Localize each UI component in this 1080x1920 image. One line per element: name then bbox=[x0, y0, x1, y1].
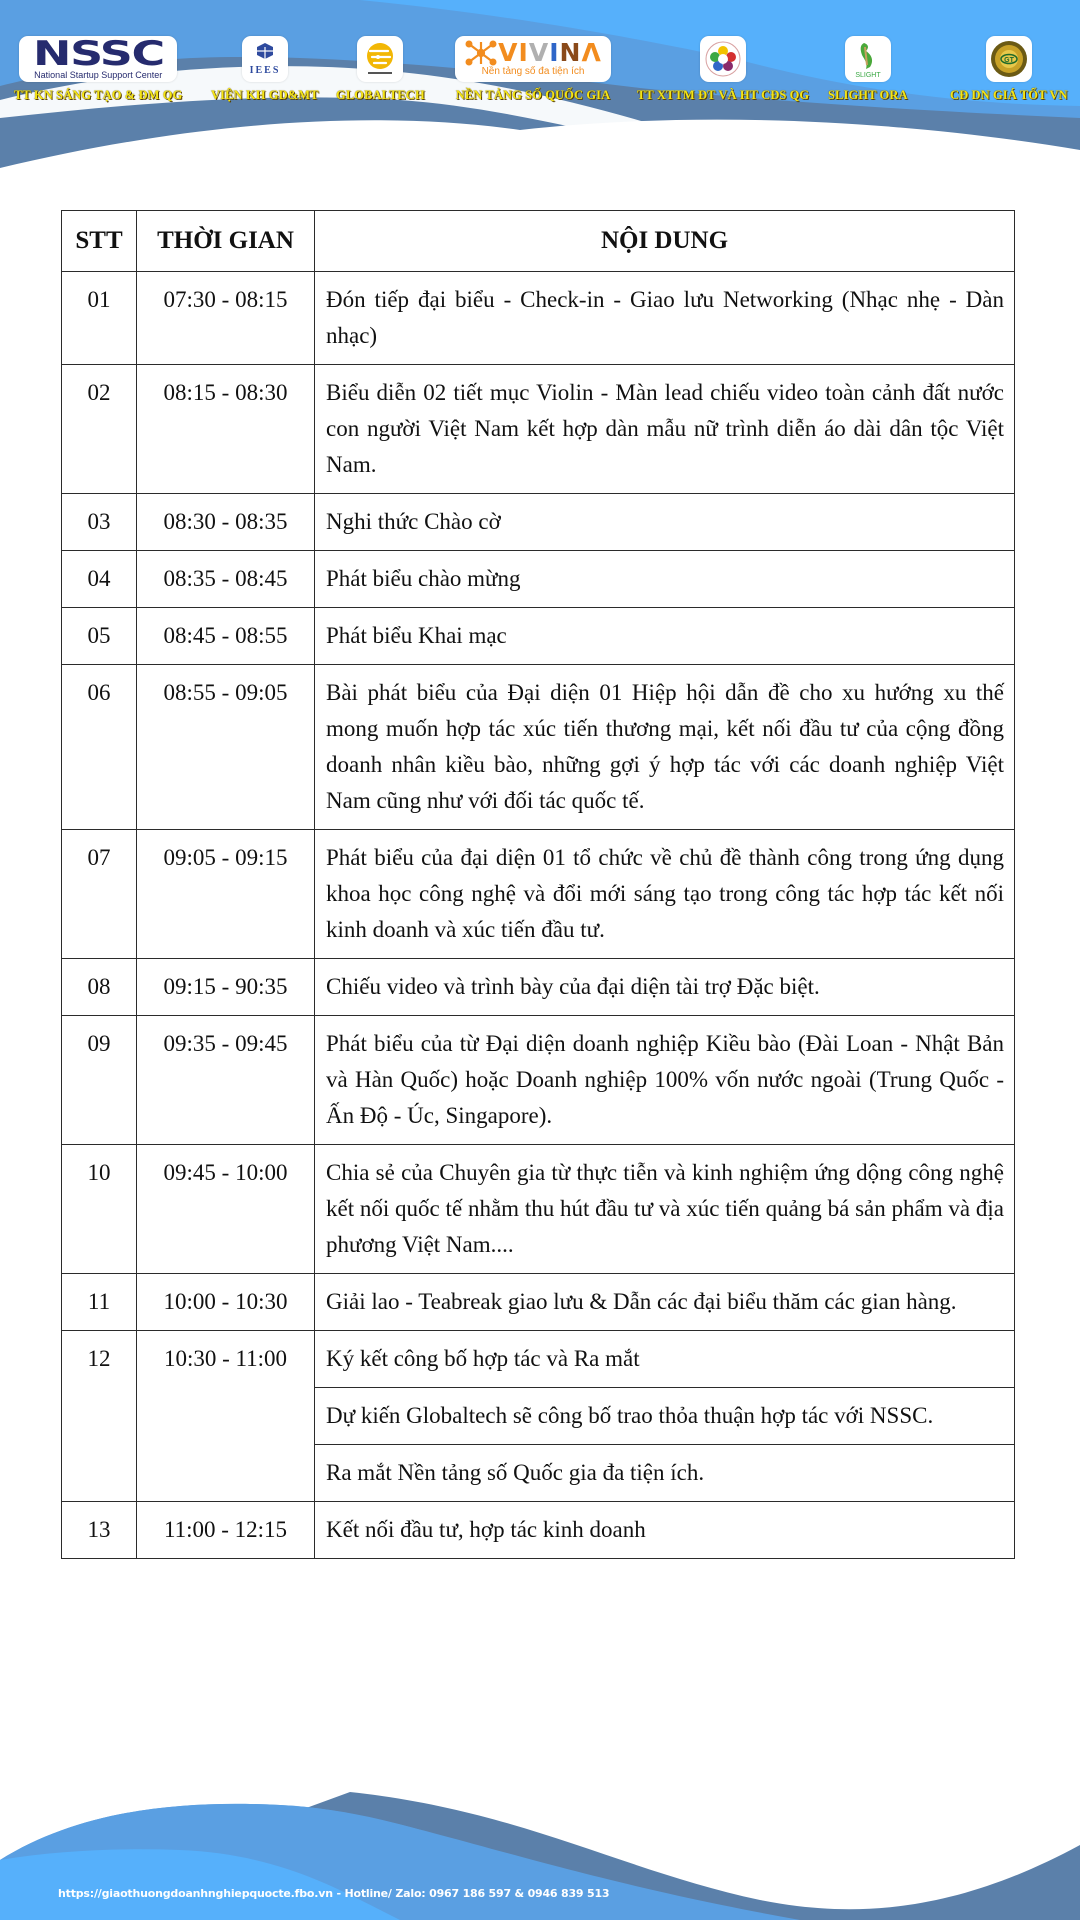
cell-time: 08:35 - 08:45 bbox=[137, 551, 315, 608]
logo-vivina: VIVINΛ Nền tảng số đa tiện ích NỀN TẢNG … bbox=[455, 36, 611, 103]
cell-time: 08:30 - 08:35 bbox=[137, 494, 315, 551]
header-stt: STT bbox=[62, 211, 137, 272]
cell-content: Chia sẻ của Chuyên gia từ thực tiễn và k… bbox=[315, 1145, 1015, 1274]
table-row: 1009:45 - 10:00Chia sẻ của Chuyên gia từ… bbox=[62, 1145, 1015, 1274]
cell-content: Phát biểu của từ Đại diện doanh nghiệp K… bbox=[315, 1016, 1015, 1145]
cell-stt: 10 bbox=[62, 1145, 137, 1274]
cell-content: Phát biểu chào mừng bbox=[315, 551, 1015, 608]
logo-iees: IEES VIỆN KH GD&MT bbox=[211, 36, 319, 103]
logo-caption: VIỆN KH GD&MT bbox=[211, 88, 319, 103]
cell-time: 08:15 - 08:30 bbox=[137, 365, 315, 494]
footer-contact-text: https://giaothuongdoanhnghiepquocte.fbo.… bbox=[58, 1887, 609, 1900]
cell-content: Ký kết công bố hợp tác và Ra mắt bbox=[315, 1331, 1015, 1388]
cell-time: 09:05 - 09:15 bbox=[137, 830, 315, 959]
cell-time: 10:00 - 10:30 bbox=[137, 1274, 315, 1331]
cell-content: Biểu diễn 02 tiết mục Violin - Màn lead … bbox=[315, 365, 1015, 494]
cell-stt: 01 bbox=[62, 272, 137, 365]
slight-logo-icon: SLIGHT bbox=[845, 36, 891, 82]
logo-caption: SLIGHT ORA bbox=[828, 88, 908, 103]
cell-time: 09:45 - 10:00 bbox=[137, 1145, 315, 1274]
table-row: 1210:30 - 11:00Ký kết công bố hợp tác và… bbox=[62, 1331, 1015, 1388]
table-row: 0508:45 - 08:55Phát biểu Khai mạc bbox=[62, 608, 1015, 665]
cell-time: 07:30 - 08:15 bbox=[137, 272, 315, 365]
partner-logos-bar: NSSC National Startup Support Center TT … bbox=[0, 0, 1080, 120]
cell-stt: 09 bbox=[62, 1016, 137, 1145]
agenda-table: STT THỜI GIAN NỘI DUNG 0107:30 - 08:15Đó… bbox=[61, 210, 1015, 1559]
table-row: 1311:00 - 12:15Kết nối đầu tư, hợp tác k… bbox=[62, 1502, 1015, 1559]
table-row: 0909:35 - 09:45Phát biểu của từ Đại diện… bbox=[62, 1016, 1015, 1145]
table-row: 0208:15 - 08:30Biểu diễn 02 tiết mục Vio… bbox=[62, 365, 1015, 494]
cell-content: Chiếu video và trình bày của đại diện tà… bbox=[315, 959, 1015, 1016]
header-content: NỘI DUNG bbox=[315, 211, 1015, 272]
cell-time: 09:35 - 09:45 bbox=[137, 1016, 315, 1145]
globaltech-logo-icon bbox=[357, 36, 403, 82]
cell-stt: 07 bbox=[62, 830, 137, 959]
cell-content: Giải lao - Teabreak giao lưu & Dẫn các đ… bbox=[315, 1274, 1015, 1331]
table-header-row: STT THỜI GIAN NỘI DUNG bbox=[62, 211, 1015, 272]
svg-text:GT: GT bbox=[1004, 57, 1014, 64]
table-row: 0408:35 - 08:45Phát biểu chào mừng bbox=[62, 551, 1015, 608]
logo-nssc: NSSC National Startup Support Center TT … bbox=[14, 36, 182, 103]
table-row: 0608:55 - 09:05Bài phát biểu của Đại diệ… bbox=[62, 665, 1015, 830]
table-row: 1110:00 - 10:30Giải lao - Teabreak giao … bbox=[62, 1274, 1015, 1331]
logo-globaltech: GLOBALTECH bbox=[336, 36, 425, 103]
cell-stt: 12 bbox=[62, 1331, 137, 1502]
vivina-logo-icon: VIVINΛ Nền tảng số đa tiện ích bbox=[455, 36, 611, 82]
logo-caption: CĐ DN GIÁ TỐT VN bbox=[950, 88, 1068, 103]
xttm-flower-logo-icon bbox=[700, 36, 746, 82]
svg-text:SLIGHT: SLIGHT bbox=[855, 72, 881, 79]
cell-stt: 04 bbox=[62, 551, 137, 608]
iees-logo-icon: IEES bbox=[242, 36, 288, 82]
cell-stt: 13 bbox=[62, 1502, 137, 1559]
svg-text:IEES: IEES bbox=[249, 65, 280, 76]
logo-caption: TT KN SÁNG TẠO & ĐM QG bbox=[14, 88, 182, 103]
cell-time: 08:45 - 08:55 bbox=[137, 608, 315, 665]
logo-slight: SLIGHT SLIGHT ORA bbox=[828, 36, 908, 103]
cell-time: 08:55 - 09:05 bbox=[137, 665, 315, 830]
logo-gt: GT CĐ DN GIÁ TỐT VN bbox=[950, 36, 1068, 103]
cell-content: Bài phát biểu của Đại diện 01 Hiệp hội d… bbox=[315, 665, 1015, 830]
cell-time: 11:00 - 12:15 bbox=[137, 1502, 315, 1559]
cell-content: Kết nối đầu tư, hợp tác kinh doanh bbox=[315, 1502, 1015, 1559]
table-row: 0809:15 - 90:35Chiếu video và trình bày … bbox=[62, 959, 1015, 1016]
cell-content: Ra mắt Nền tảng số Quốc gia đa tiện ích. bbox=[315, 1445, 1015, 1502]
cell-stt: 03 bbox=[62, 494, 137, 551]
cell-time: 10:30 - 11:00 bbox=[137, 1331, 315, 1502]
logo-caption: GLOBALTECH bbox=[336, 88, 425, 103]
logo-xttm: TT XTTM ĐT VÀ HT CĐS QG bbox=[637, 36, 809, 103]
cell-content: Đón tiếp đại biểu - Check-in - Giao lưu … bbox=[315, 272, 1015, 365]
gt-seal-logo-icon: GT bbox=[986, 36, 1032, 82]
table-row: 0107:30 - 08:15Đón tiếp đại biểu - Check… bbox=[62, 272, 1015, 365]
cell-stt: 05 bbox=[62, 608, 137, 665]
cell-content: Dự kiến Globaltech sẽ công bố trao thỏa … bbox=[315, 1388, 1015, 1445]
header-time: THỜI GIAN bbox=[137, 211, 315, 272]
cell-stt: 02 bbox=[62, 365, 137, 494]
agenda-body: 0107:30 - 08:15Đón tiếp đại biểu - Check… bbox=[62, 272, 1015, 1559]
nssc-logo-icon: NSSC National Startup Support Center bbox=[19, 36, 177, 82]
cell-content: Phát biểu của đại diện 01 tổ chức về chủ… bbox=[315, 830, 1015, 959]
logo-caption: TT XTTM ĐT VÀ HT CĐS QG bbox=[637, 88, 809, 103]
table-row: 0308:30 - 08:35Nghi thức Chào cờ bbox=[62, 494, 1015, 551]
cell-content: Nghi thức Chào cờ bbox=[315, 494, 1015, 551]
cell-stt: 11 bbox=[62, 1274, 137, 1331]
cell-stt: 06 bbox=[62, 665, 137, 830]
cell-stt: 08 bbox=[62, 959, 137, 1016]
cell-time: 09:15 - 90:35 bbox=[137, 959, 315, 1016]
table-row: 0709:05 - 09:15Phát biểu của đại diện 01… bbox=[62, 830, 1015, 959]
logo-caption: NỀN TẢNG SỐ QUỐC GIA bbox=[456, 88, 611, 103]
cell-content: Phát biểu Khai mạc bbox=[315, 608, 1015, 665]
